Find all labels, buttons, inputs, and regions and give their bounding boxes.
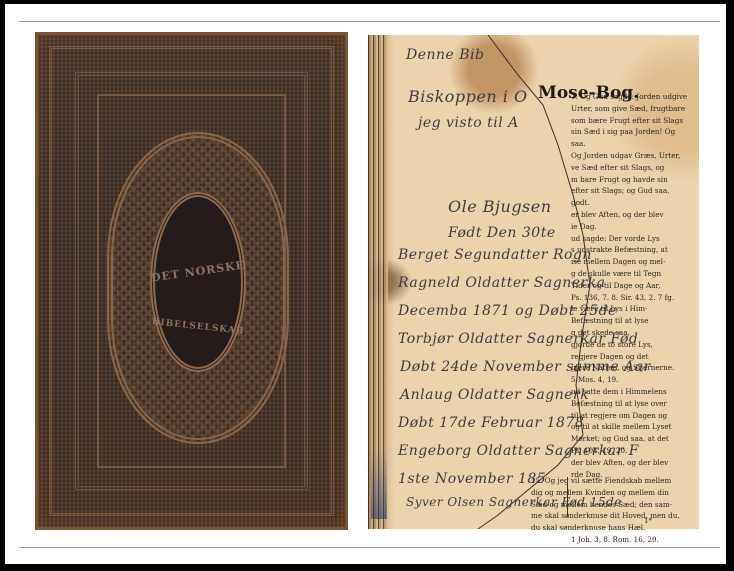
- divider-bottom: [19, 547, 720, 548]
- ink-stain: [371, 449, 387, 519]
- page-number: 1*: [644, 517, 652, 525]
- handwritten-line: Født Den 30te: [448, 225, 556, 241]
- handwritten-line: Døbt 17de Februar 1878: [398, 415, 584, 431]
- bible-cover-photo: DET NORSKE BIBELSELSKAB: [35, 32, 348, 530]
- bible-first-page-photo: Mose-Bog. Denne Bib Biskoppen i O jeg vi…: [368, 35, 699, 529]
- handwritten-line: 1ste November 185: [398, 471, 546, 487]
- printed-column: 1. Og Gud sagde: Jorden udgive Urter, so…: [571, 91, 687, 480]
- handwritten-line: Denne Bib: [406, 47, 485, 63]
- handwritten-line: Biskoppen i O: [408, 87, 528, 106]
- printed-verse-15: 15. Og jeg vil sætte Fiendskab mellem di…: [531, 475, 680, 546]
- handwritten-line: Ole Bjugsen: [448, 197, 552, 216]
- handwritten-line: jeg visto til A: [418, 115, 519, 131]
- handwritten-line: Berget Segundatter Rogn: [398, 247, 592, 263]
- divider-top: [19, 21, 720, 22]
- handwritten-line: Anlaug Oldatter Sagnerk: [400, 387, 589, 403]
- column-rule: [567, 477, 568, 517]
